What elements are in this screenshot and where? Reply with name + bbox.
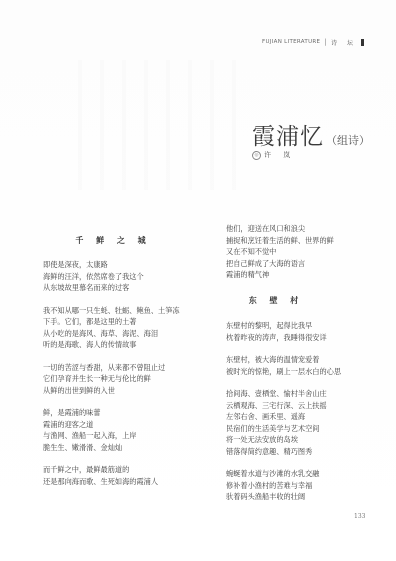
poem-title-1: 千 鲜 之 城	[43, 235, 183, 246]
poem-line: 脆生生、嫩滑滑、金灿灿	[43, 442, 203, 454]
poem-line: 拾间海、壹栖堂、愉村半舍山庄	[226, 388, 386, 400]
stanza: 而千鲜之中，最鲜最筋道的 还是那向海而歌、生死如海的霞浦人	[43, 464, 203, 487]
poem-line: 左邻右舍、画禾里、遥海	[226, 411, 386, 423]
page-title: 霞浦忆	[252, 118, 324, 151]
page-subtitle: （组诗）	[326, 132, 370, 148]
running-header: FUJIAN LITERATURE | 诗 坛	[262, 36, 380, 48]
poem-line: 东壁村，被大海的温情宠爱着	[226, 354, 386, 366]
poem-title-2: 东 壁 村	[226, 295, 326, 307]
stanza: 即使是深夜，太康路 海鲜的汪洋，依然席卷了我这个 从东坡故里慕名而来的过客	[43, 259, 203, 294]
poem-line: 鲜，是霞浦的味蕾	[43, 407, 203, 419]
author-line: ◎ 许 岚	[252, 150, 295, 160]
stanza: 东壁村，被大海的温情宠爱着 被时光的惊艳，刷上一层水白的心思	[226, 354, 386, 377]
poem-line: 下手。它们，都是这里的土著	[43, 316, 203, 328]
magazine-page: FUJIAN LITERATURE | 诗 坛 霞浦忆 （组诗） ◎ 许 岚 千…	[0, 0, 396, 561]
title-block: 霞浦忆 （组诗）	[252, 118, 370, 151]
poem-line: 被时光的惊艳，刷上一层水白的心思	[226, 366, 386, 378]
left-column: 即使是深夜，太康路 海鲜的汪洋，依然席卷了我这个 从东坡故里慕名而来的过客 我不…	[43, 259, 203, 498]
poem-line: 又在不知不觉中	[226, 246, 386, 258]
section-marker-icon	[361, 39, 364, 46]
poem-line: 从东坡故里慕名而来的过客	[43, 282, 203, 294]
stanza-continuation: 他们，迎送在风口和浪尖 捕捉和烹饪着生活的鲜、世界的鲜 又在不知不觉中 把自己鲜…	[226, 223, 386, 281]
author-icon: ◎	[252, 151, 261, 160]
stanza: 蜿蜒着水道与沙滩的水乳交融 修补着小渔村的苦难与幸福 驮着码头渔船丰收的壮阔	[226, 468, 386, 503]
poem-line: 霞浦的迎客之道	[43, 419, 203, 431]
stanza: 东壁村的黎明，起得比我早 枕着昨夜的涛声，我睡得很安详	[226, 320, 386, 343]
poem-line: 驮着码头渔船丰收的壮阔	[226, 491, 386, 503]
poem-line: 与渔网、渔船一起入海，上岸	[43, 430, 203, 442]
poem-line: 将一处无法安放的岛埃	[226, 434, 386, 446]
poem-line: 即使是深夜，太康路	[43, 259, 203, 271]
poem-line: 东壁村的黎明，起得比我早	[226, 320, 386, 332]
poem-line: 把自己鲜成了大海的语言	[226, 258, 386, 270]
poem-line: 海鲜的汪洋，依然席卷了我这个	[43, 271, 203, 283]
poem-line: 云栖观海、三宅行深、云上扶摇	[226, 400, 386, 412]
poem-line: 枕着昨夜的涛声，我睡得很安详	[226, 332, 386, 344]
section-name: 诗 坛	[331, 38, 357, 47]
poem-line: 修补着小渔村的苦难与幸福	[226, 480, 386, 492]
poem-line: 民宿们的生活美学与艺术空间	[226, 423, 386, 435]
poem-line: 霞浦的精气神	[226, 269, 386, 281]
poem-line: 而千鲜之中，最鲜最筋道的	[43, 464, 203, 476]
poem-line: 一切的苦涩与香甜，从来都不曾阻止过	[43, 362, 203, 374]
poem-line: 听的是海歌、海人的传情故事	[43, 339, 203, 351]
right-column: 他们，迎送在风口和浪尖 捕捉和烹饪着生活的鲜、世界的鲜 又在不知不觉中 把自己鲜…	[226, 223, 386, 514]
poem-line: 我不知从哪一只生蚝、牡蛎、鲍鱼、土笋冻	[43, 305, 203, 317]
poem-line: 错落得简约意趣、精巧图秀	[226, 446, 386, 458]
background-watermark	[60, 60, 240, 190]
poem-line: 他们，迎送在风口和浪尖	[226, 223, 386, 235]
journal-name: FUJIAN LITERATURE	[262, 39, 320, 45]
stanza: 鲜，是霞浦的味蕾 霞浦的迎客之道 与渔网、渔船一起入海，上岸 脆生生、嫩滑滑、金…	[43, 407, 203, 453]
poem-line: 从小吃的是海风、海草、海泥、海泪	[43, 328, 203, 340]
stanza: 我不知从哪一只生蚝、牡蛎、鲍鱼、土笋冻 下手。它们，都是这里的土著 从小吃的是海…	[43, 305, 203, 351]
poem-line: 还是那向海而歌、生死如海的霞浦人	[43, 476, 203, 488]
author-name: 许 岚	[264, 150, 295, 160]
poem-line: 从鲜的出世到鲜的入世	[43, 385, 203, 397]
stanza: 拾间海、壹栖堂、愉村半舍山庄 云栖观海、三宅行深、云上扶摇 左邻右舍、画禾里、遥…	[226, 388, 386, 457]
poem-line: 蜿蜒着水道与沙滩的水乳交融	[226, 468, 386, 480]
poem-line: 捕捉和烹饪着生活的鲜、世界的鲜	[226, 235, 386, 247]
poem-line: 它们孕育并生长一种无与伦比的鲜	[43, 373, 203, 385]
page-number: 133	[354, 513, 365, 520]
header-separator: |	[324, 38, 327, 46]
stanza: 一切的苦涩与香甜，从来都不曾阻止过 它们孕育并生长一种无与伦比的鲜 从鲜的出世到…	[43, 362, 203, 397]
